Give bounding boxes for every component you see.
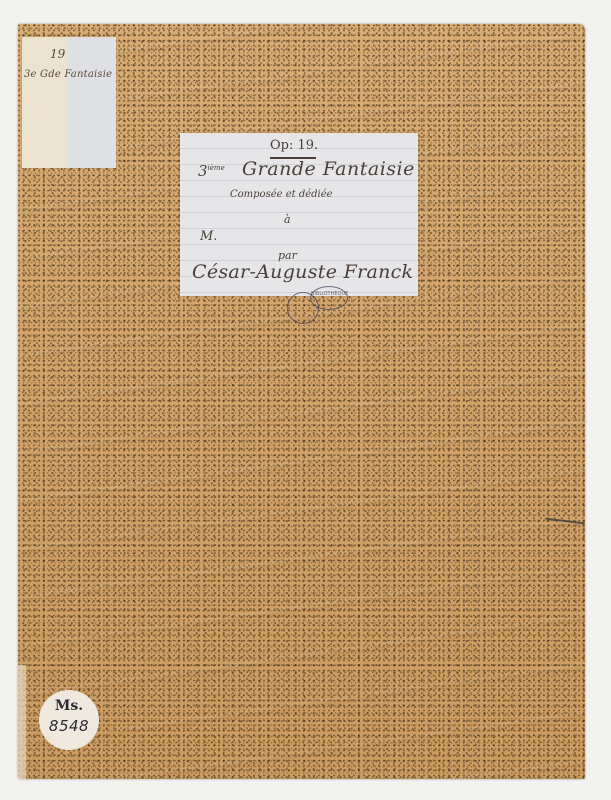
title-label: Op: 19. 3ième Grande Fantaisie Composée …: [180, 133, 418, 296]
spine-number: 19: [50, 47, 65, 61]
ordinal: 3ième: [198, 162, 225, 180]
dedication-to: à: [284, 213, 291, 226]
shelfmark-sticker: Ms. 8548: [39, 690, 99, 750]
dedication-line: Composée et dédiée: [230, 189, 333, 200]
library-stamp-oval: BIBLIOTHÈQUE: [310, 286, 348, 310]
opus-number: Op: 19.: [270, 138, 318, 153]
composer-name: César-Auguste Franck: [192, 261, 413, 283]
spine-label: 19 3e Gde Fantaisie: [22, 37, 116, 168]
spine-title: 3e Gde Fantaisie: [24, 69, 112, 80]
shelfmark-prefix: Ms.: [39, 698, 99, 714]
shelfmark-number: 8548: [39, 717, 99, 735]
work-title: Grande Fantaisie: [242, 158, 415, 180]
cover-edge-strip: [18, 665, 26, 780]
dedicatee: M.: [200, 229, 217, 244]
